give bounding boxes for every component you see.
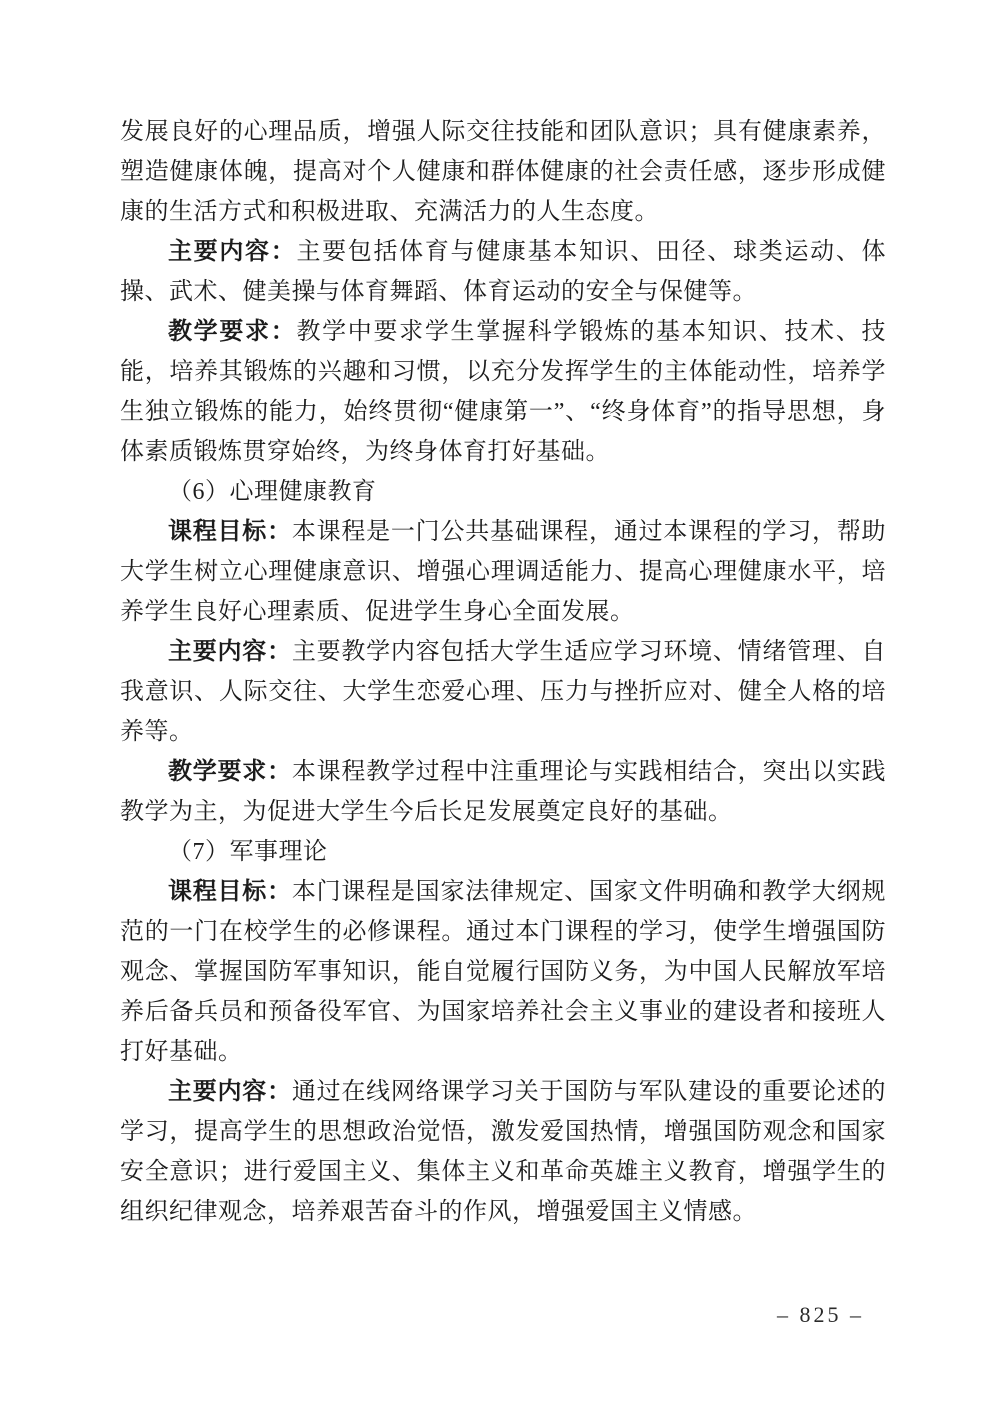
heading-text: （6）心理健康教育 xyxy=(168,479,377,505)
paragraph-lead: 主要内容： xyxy=(168,1079,292,1105)
paragraph-lead: 主要内容： xyxy=(168,639,292,665)
page-number: – 825 – xyxy=(777,1300,864,1330)
document-body: 发展良好的心理品质，增强人际交往技能和团队意识；具有健康素养，塑造健康体魄，提高… xyxy=(120,112,886,1232)
paragraph-lead: 课程目标： xyxy=(168,519,292,545)
paragraph-main-content-military: 主要内容：通过在线网络课学习关于国防与军队建设的重要论述的学习，提高学生的思想政… xyxy=(120,1072,886,1232)
heading-text: （7）军事理论 xyxy=(168,839,328,865)
paragraph-main-content-pe: 主要内容：主要包括体育与健康基本知识、田径、球类运动、体操、武术、健美操与体育舞… xyxy=(120,232,886,312)
paragraph-text: 本门课程是国家法律规定、国家文件明确和教学大纲规范的一门在校学生的必修课程。通过… xyxy=(120,879,886,1065)
paragraph-course-goal-military: 课程目标：本门课程是国家法律规定、国家文件明确和教学大纲规范的一门在校学生的必修… xyxy=(120,872,886,1072)
paragraph-lead: 主要内容： xyxy=(168,239,296,265)
paragraph-main-content-mental-health: 主要内容：主要教学内容包括大学生适应学习环境、情绪管理、自我意识、人际交往、大学… xyxy=(120,632,886,752)
paragraph-teaching-requirements-pe: 教学要求：教学中要求学生掌握科学锻炼的基本知识、技术、技能，培养其锻炼的兴趣和习… xyxy=(120,312,886,472)
paragraph-continuation: 发展良好的心理品质，增强人际交往技能和团队意识；具有健康素养，塑造健康体魄，提高… xyxy=(120,112,886,232)
paragraph-course-goal-mental-health: 课程目标：本课程是一门公共基础课程，通过本课程的学习，帮助大学生树立心理健康意识… xyxy=(120,512,886,632)
document-page: 发展良好的心理品质，增强人际交往技能和团队意识；具有健康素养，塑造健康体魄，提高… xyxy=(0,0,1000,1414)
paragraph-lead: 教学要求： xyxy=(168,319,296,345)
paragraph-lead: 课程目标： xyxy=(168,879,292,905)
paragraph-teaching-requirements-mental-health: 教学要求：本课程教学过程中注重理论与实践相结合，突出以实践教学为主，为促进大学生… xyxy=(120,752,886,832)
paragraph-text: 发展良好的心理品质，增强人际交往技能和团队意识；具有健康素养，塑造健康体魄，提高… xyxy=(120,119,886,225)
section-heading-military-theory: （7）军事理论 xyxy=(120,832,886,872)
paragraph-lead: 教学要求： xyxy=(168,759,292,785)
section-heading-mental-health: （6）心理健康教育 xyxy=(120,472,886,512)
